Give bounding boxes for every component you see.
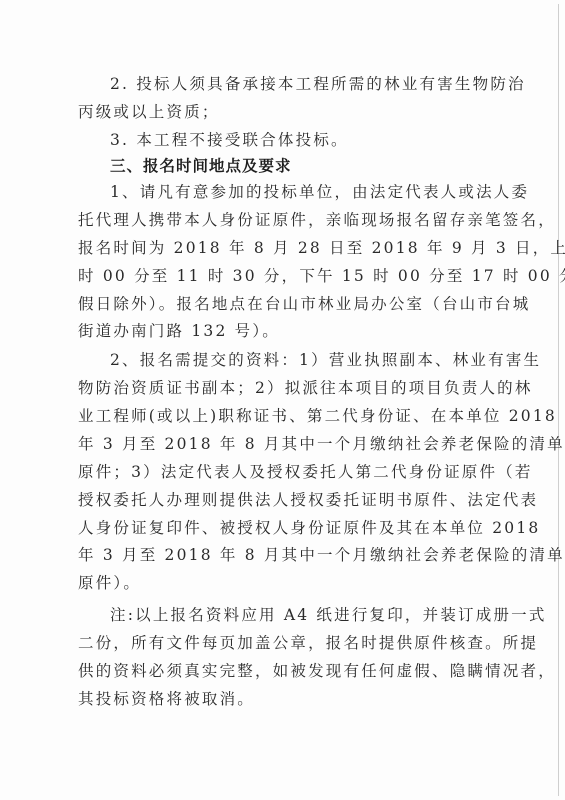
paragraph-registration-1-line-6: 街道办南门路 132 号）。	[78, 321, 474, 341]
paragraph-requirement-2-line-2: 丙级或以上资质；	[78, 102, 474, 122]
note-paragraph-line-1: 注:以上报名资料应用 A4 纸进行复印，并装订成册一式	[110, 605, 474, 625]
paragraph-registration-2-line-8: 年 3 月至 2018 年 8 月其中一个月缴纳社会养老保险的清单	[78, 545, 474, 565]
paragraph-registration-1-line-3: 报名时间为 2018 年 8 月 28 日至 2018 年 9 月 3 日，上午…	[78, 238, 474, 258]
note-paragraph-line-4: 其投标资格将被取消。	[78, 689, 474, 709]
paragraph-requirement-3: 3. 本工程不接受联合体投标。	[110, 130, 474, 150]
paragraph-registration-1-line-5: 假日除外）。报名地点在台山市林业局办公室（台山市台城	[78, 294, 474, 314]
note-paragraph-line-2: 二份，所有文件每页加盖公章，报名时提供原件核查。所提	[78, 633, 474, 653]
paragraph-registration-1-line-1: 1、请凡有意参加的投标单位，由法定代表人或法人委	[110, 182, 474, 202]
paragraph-requirement-2-line-1: 2. 投标人须具备承接本工程所需的林业有害生物防治	[110, 74, 474, 94]
paragraph-registration-2-line-7: 人身份证复印件、被授权人身份证原件及其在本单位 2018	[78, 518, 474, 538]
paragraph-registration-1-line-4: 时 00 分至 11 时 30 分，下午 15 时 00 分至 17 时 00 …	[78, 266, 474, 286]
document-page: 2. 投标人须具备承接本工程所需的林业有害生物防治 丙级或以上资质； 3. 本工…	[0, 0, 565, 800]
paragraph-registration-2-line-9: 原件）。	[78, 573, 474, 593]
page-edge-divider	[558, 4, 559, 796]
paragraph-registration-1-line-2: 托代理人携带本人身份证原件，亲临现场报名留存亲笔签名，	[78, 210, 474, 230]
paragraph-registration-2-line-2: 物防治资质证书副本；2）拟派往本项目的项目负责人的林	[78, 378, 474, 398]
paragraph-registration-2-line-6: 授权委托人办理则提供法人授权委托证明书原件、法定代表	[78, 490, 474, 510]
paragraph-registration-2-line-5: 原件；3）法定代表人及授权委托人第二代身份证原件（若	[78, 462, 474, 482]
section-heading-registration: 三、报名时间地点及要求	[110, 156, 474, 176]
paragraph-registration-2-line-4: 年 3 月至 2018 年 8 月其中一个月缴纳社会养老保险的清单	[78, 434, 474, 454]
note-paragraph-line-3: 供的资料必须真实完整，如被发现有任何虚假、隐瞒情况者，	[78, 661, 474, 681]
paragraph-registration-2-line-3: 业工程师(或以上)职称证书、第二代身份证、在本单位 2018	[78, 406, 474, 426]
paragraph-registration-2-line-1: 2、报名需提交的资料：1）营业执照副本、林业有害生	[110, 350, 474, 370]
